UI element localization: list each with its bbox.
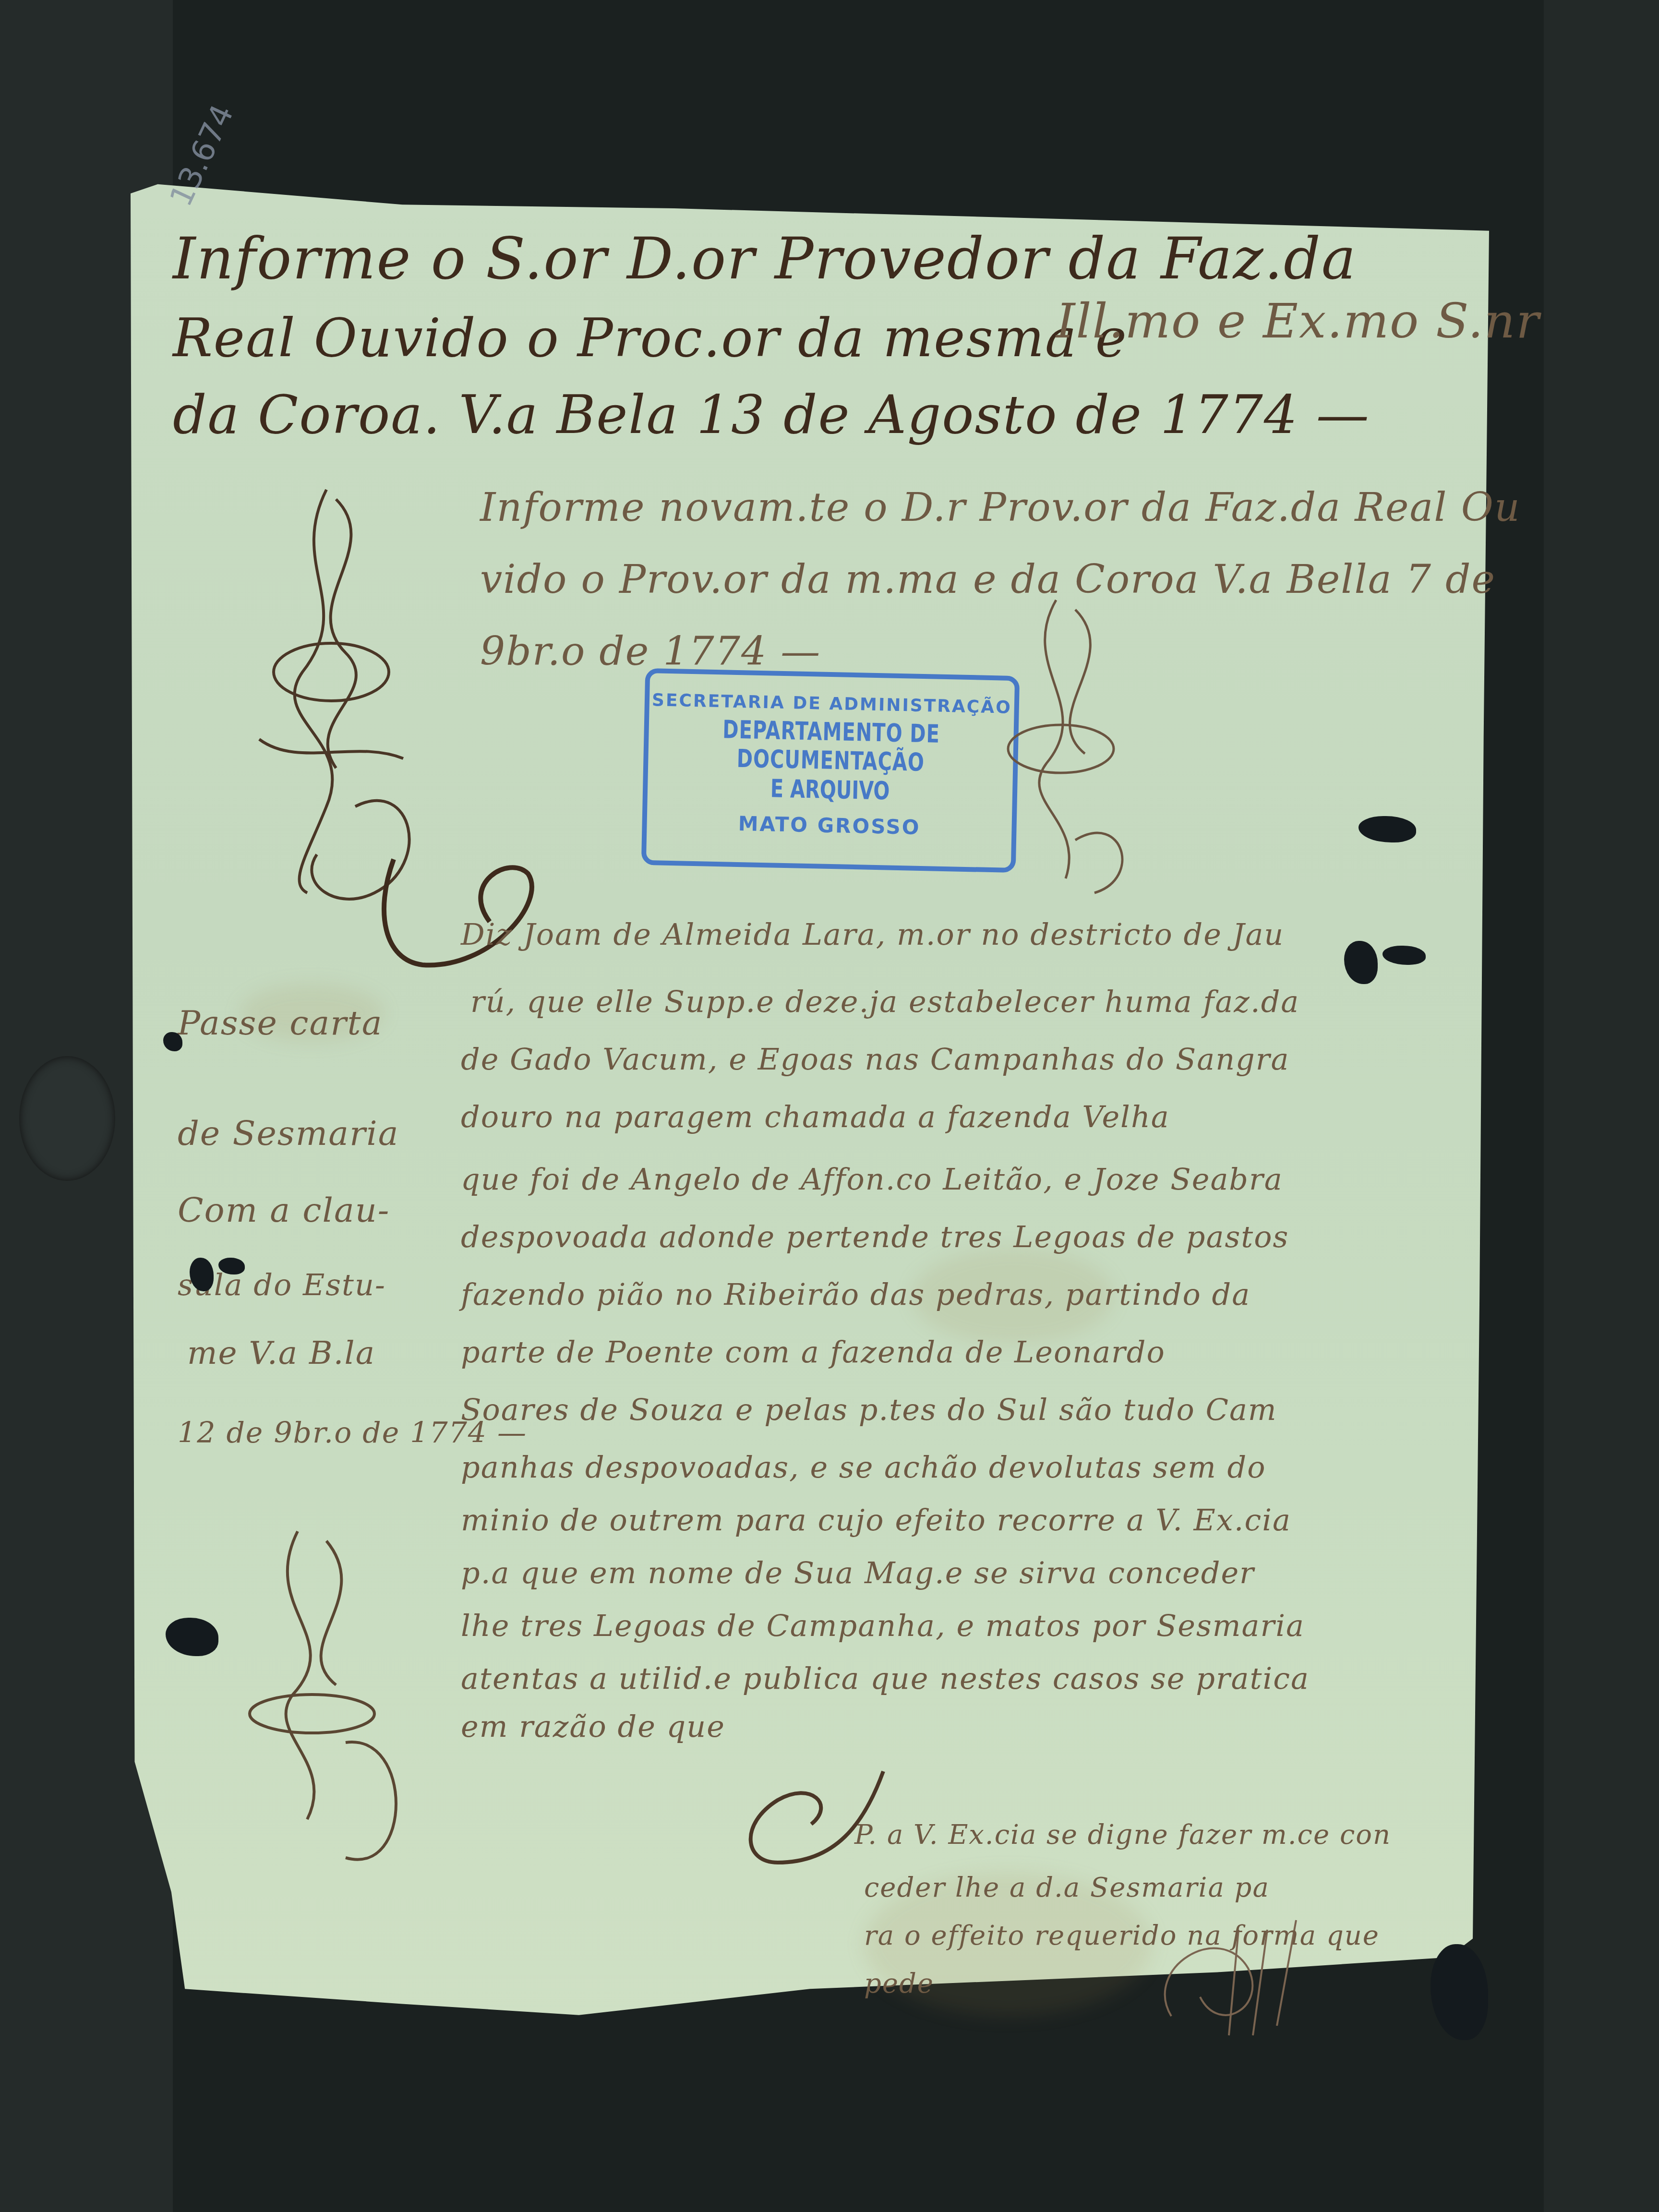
margin-note-line: Com a clau-	[178, 1190, 390, 1230]
petition-line: despovoada adonde pertende tres Legoas d…	[461, 1219, 1289, 1254]
dispatch-line: Informe o S.or D.or Provedor da Faz.da	[173, 226, 1357, 292]
closing-line: P. a V. Ex.cia se digne fazer m.ce con	[854, 1819, 1391, 1851]
petition-line: p.a que em nome de Sua Mag.e se sirva co…	[461, 1555, 1255, 1590]
stamp-line: MATO GROSSO	[647, 810, 1012, 841]
petition-line: minio de outrem para cujo efeito recorre…	[461, 1503, 1291, 1538]
petition-line: de Gado Vacum, e Egoas nas Campanhas do …	[461, 1042, 1289, 1077]
rubric-flourish-icon	[221, 1512, 422, 1896]
petition-line: Diz Joam de Almeida Lara, m.or no destri…	[461, 917, 1284, 952]
closing-line: ra o effeito requerido na forma que	[864, 1920, 1380, 1951]
stamp-line: DEPARTAMENTO DE DOCUMENTAÇÃO	[648, 714, 1014, 779]
backdrop-right-panel	[1544, 0, 1659, 2212]
petition-line: douro na paragem chamada a fazenda Velha	[461, 1099, 1170, 1134]
second-dispatch-line: Informe novam.te o D.r Prov.or da Faz.da…	[480, 485, 1521, 530]
petition-line: lhe tres Legoas de Campanha, e matos por…	[461, 1608, 1305, 1643]
petition-line: panhas despovoadas, e se achão devolutas…	[461, 1450, 1266, 1485]
petition-line: Soares de Souza e pelas p.tes do Sul são…	[461, 1392, 1277, 1427]
margin-note-line: Passe carta	[178, 1003, 383, 1043]
closing-line: ceder lhe a d.a Sesmaria pa	[864, 1872, 1270, 1903]
archive-stamp: SECRETARIA DE ADMINISTRAÇÃO DEPARTAMENTO…	[641, 668, 1020, 873]
rubric-flourish-icon	[979, 590, 1152, 898]
petition-line: atentas a utilid.e publica que nestes ca…	[461, 1661, 1310, 1696]
petition-line: em razão de que	[461, 1709, 725, 1744]
closing-line: pede	[864, 1968, 934, 1999]
margin-note-line: de Sesmaria	[178, 1114, 399, 1153]
second-dispatch-line: 9br.o de 1774 —	[480, 629, 821, 674]
salutation: Ill.mo e Ex.mo S.nr	[1056, 293, 1540, 349]
binder-tab	[19, 1056, 115, 1181]
margin-note-line: me V.a B.la	[187, 1334, 375, 1371]
dispatch-line: Real Ouvido o Proc.or da mesma e	[173, 307, 1128, 369]
petition-line: que foi de Angelo de Affon.co Leitão, e …	[461, 1162, 1283, 1197]
stamp-line: SECRETARIA DE ADMINISTRAÇÃO	[649, 690, 1015, 718]
petition-line: parte de Poente com a fazenda de Leonard…	[461, 1334, 1166, 1370]
petition-line: fazendo pião no Ribeirão das pedras, par…	[461, 1277, 1250, 1312]
petition-line: rú, que elle Supp.e deze.ja estabelecer …	[470, 984, 1299, 1019]
rubric-flourish-icon	[230, 470, 446, 902]
dispatch-line: da Coroa. V.a Bela 13 de Agosto de 1774 …	[173, 384, 1370, 445]
